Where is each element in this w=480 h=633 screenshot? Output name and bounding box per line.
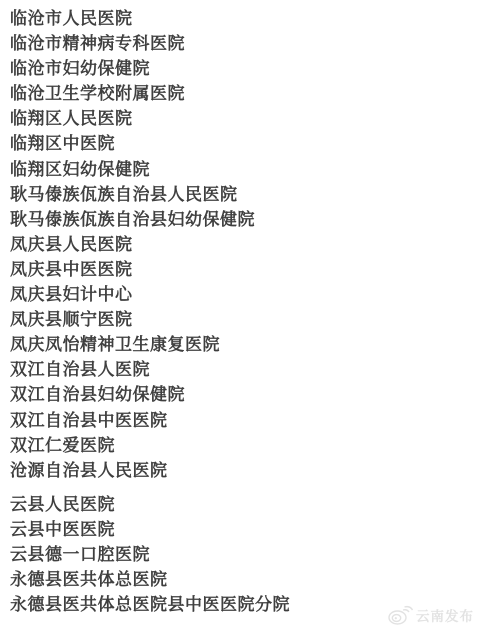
hospital-name: 临翔区人民医院 xyxy=(10,106,474,131)
hospital-name: 沧源自治县人民医院 xyxy=(10,458,474,483)
hospital-name: 临沧市精神病专科医院 xyxy=(10,31,474,56)
hospital-name: 双江仁爱医院 xyxy=(10,433,474,458)
hospital-name: 云县人民医院 xyxy=(10,492,474,517)
hospital-group: 云县人民医院云县中医医院云县德一口腔医院永德县医共体总医院永德县医共体总医院县中… xyxy=(10,492,474,617)
hospital-name: 耿马傣族佤族自治县人民医院 xyxy=(10,182,474,207)
hospital-group: 临沧市人民医院临沧市精神病专科医院临沧市妇幼保健院临沧卫生学校附属医院临翔区人民… xyxy=(10,6,474,483)
hospital-name: 耿马傣族佤族自治县妇幼保健院 xyxy=(10,207,474,232)
hospital-name: 凤庆县顺宁医院 xyxy=(10,307,474,332)
watermark-text: 云南发布 xyxy=(416,605,474,625)
hospital-name: 凤庆县中医医院 xyxy=(10,257,474,282)
hospital-name: 临沧市人民医院 xyxy=(10,6,474,31)
hospital-name: 凤庆县人民医院 xyxy=(10,232,474,257)
hospital-name: 双江自治县人医院 xyxy=(10,357,474,382)
hospital-name: 双江自治县妇幼保健院 xyxy=(10,382,474,407)
hospital-name: 临翔区妇幼保健院 xyxy=(10,157,474,182)
hospital-name: 临翔区中医院 xyxy=(10,131,474,156)
hospital-name: 临沧市妇幼保健院 xyxy=(10,56,474,81)
hospital-name: 双江自治县中医医院 xyxy=(10,408,474,433)
hospital-name: 临沧卫生学校附属医院 xyxy=(10,81,474,106)
hospital-name: 永德县医共体总医院 xyxy=(10,567,474,592)
hospital-name: 凤庆凤怡精神卫生康复医院 xyxy=(10,332,474,357)
hospital-name: 云县德一口腔医院 xyxy=(10,542,474,567)
weibo-icon xyxy=(387,604,413,626)
weibo-watermark: 云南发布 xyxy=(387,604,474,626)
hospital-list: 临沧市人民医院临沧市精神病专科医院临沧市妇幼保健院临沧卫生学校附属医院临翔区人民… xyxy=(10,6,474,617)
hospital-name: 凤庆县妇计中心 xyxy=(10,282,474,307)
hospital-name: 云县中医医院 xyxy=(10,517,474,542)
